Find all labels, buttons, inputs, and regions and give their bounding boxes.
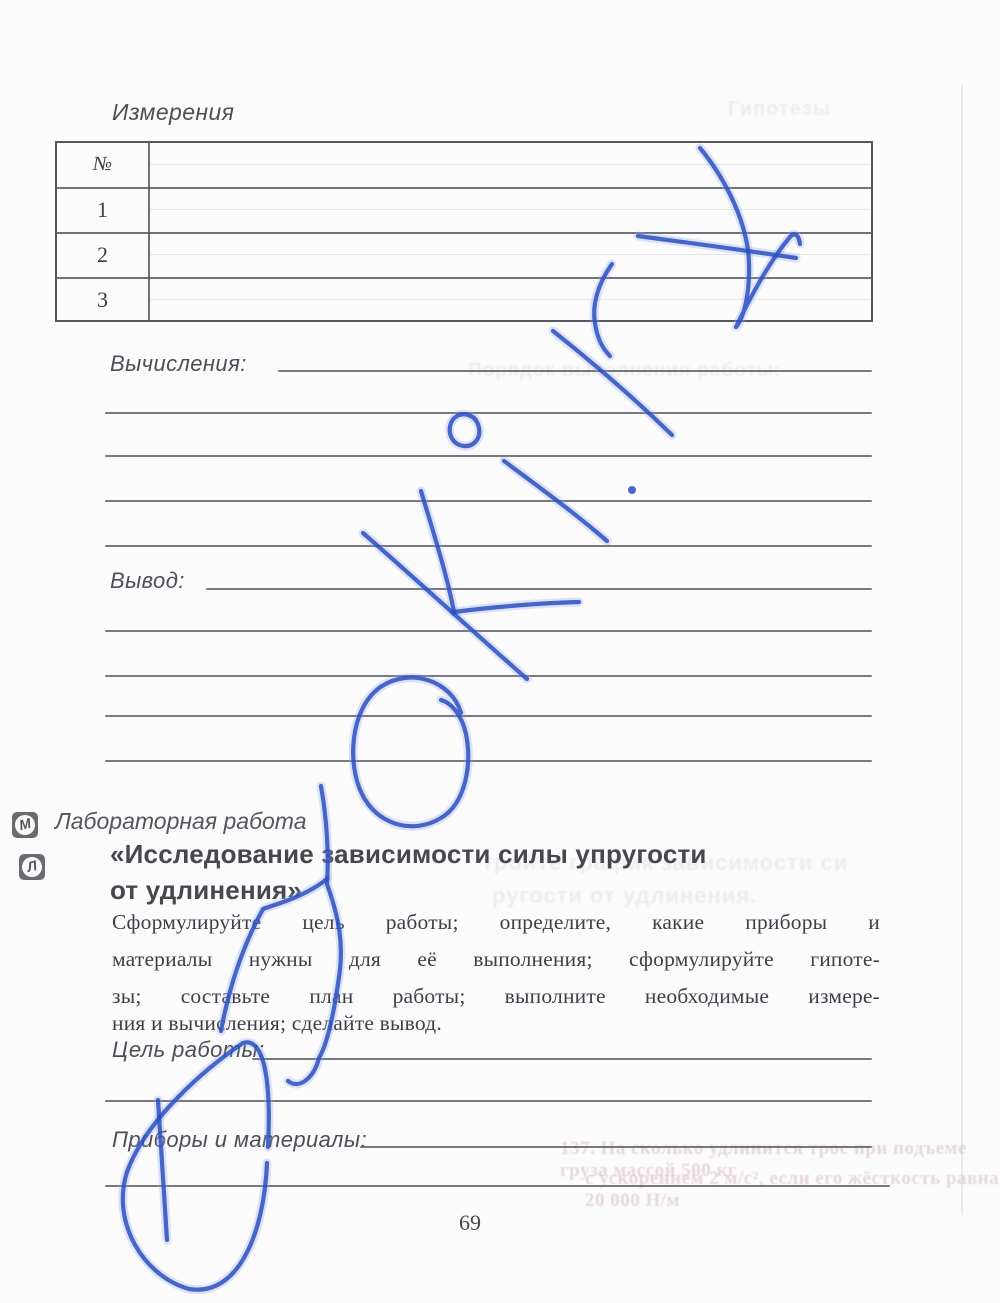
cell-ruling	[150, 209, 869, 210]
lab-title-line-2: от удлинения»	[110, 875, 302, 906]
goal-label: Цель работы:	[112, 1037, 265, 1063]
writing-line	[105, 715, 872, 717]
bleedthrough-hypothesis: Гипотезы	[728, 98, 831, 121]
bleedthrough-problem-line-2: с ускорением 2 м/с², если его жёсткость …	[585, 1168, 1000, 1212]
cell-ruling	[150, 254, 869, 255]
workbook-page: Гипотезы Порядок выполнения работы: трой…	[0, 0, 1000, 1303]
page-number: 69	[430, 1210, 510, 1236]
instruction-paragraph-line: материалы нужны для её выполнения; сформ…	[112, 947, 880, 972]
ink-dot	[628, 486, 636, 494]
cell-ruling	[150, 164, 869, 165]
conclusion-label: Вывод:	[110, 568, 185, 594]
badge-letter-l: Л	[17, 855, 46, 877]
instruction-paragraph-line: ния и вычисления; сделайте вывод.	[112, 1011, 880, 1036]
table-row-number: 1	[57, 197, 148, 223]
facing-page-edge	[961, 85, 963, 1215]
writing-line	[278, 370, 872, 372]
table-row-divider	[57, 187, 871, 189]
instruction-paragraph-line: Сформулируйте цель работы; определите, к…	[112, 910, 880, 935]
measurements-table: № 1 2 3	[55, 141, 873, 322]
measurements-label: Измерения	[112, 99, 234, 126]
writing-line	[105, 412, 872, 414]
writing-line	[105, 455, 872, 457]
table-row-number: 2	[57, 242, 148, 268]
table-row-divider	[57, 232, 871, 234]
bleedthrough-plot-fragment-2: ругости от удлинения.	[492, 883, 757, 909]
table-header-no: №	[57, 153, 148, 176]
writing-line	[105, 760, 872, 762]
table-row-number: 3	[57, 287, 148, 313]
writing-line	[105, 1185, 890, 1187]
writing-line	[206, 588, 872, 590]
lab-title-line-1: «Исследование зависимости силы упругости	[110, 839, 707, 870]
equipment-label: Приборы и материалы:	[112, 1127, 367, 1153]
writing-line	[252, 1058, 872, 1060]
table-row-divider	[57, 277, 871, 279]
cell-ruling	[150, 299, 869, 300]
writing-line	[105, 1100, 872, 1102]
margin-badge-m: М	[12, 812, 38, 838]
instruction-paragraph-line: зы; составьте план работы; выполните нео…	[112, 984, 880, 1009]
writing-line	[105, 630, 872, 632]
writing-line	[105, 500, 872, 502]
badge-letter-m: М	[10, 813, 39, 835]
margin-badge-l: Л	[19, 854, 45, 880]
lab-work-kicker: Лабораторная работа	[55, 808, 306, 835]
writing-line	[105, 545, 872, 547]
writing-line	[360, 1146, 872, 1148]
writing-line	[105, 675, 872, 677]
calculations-label: Вычисления:	[110, 351, 247, 377]
